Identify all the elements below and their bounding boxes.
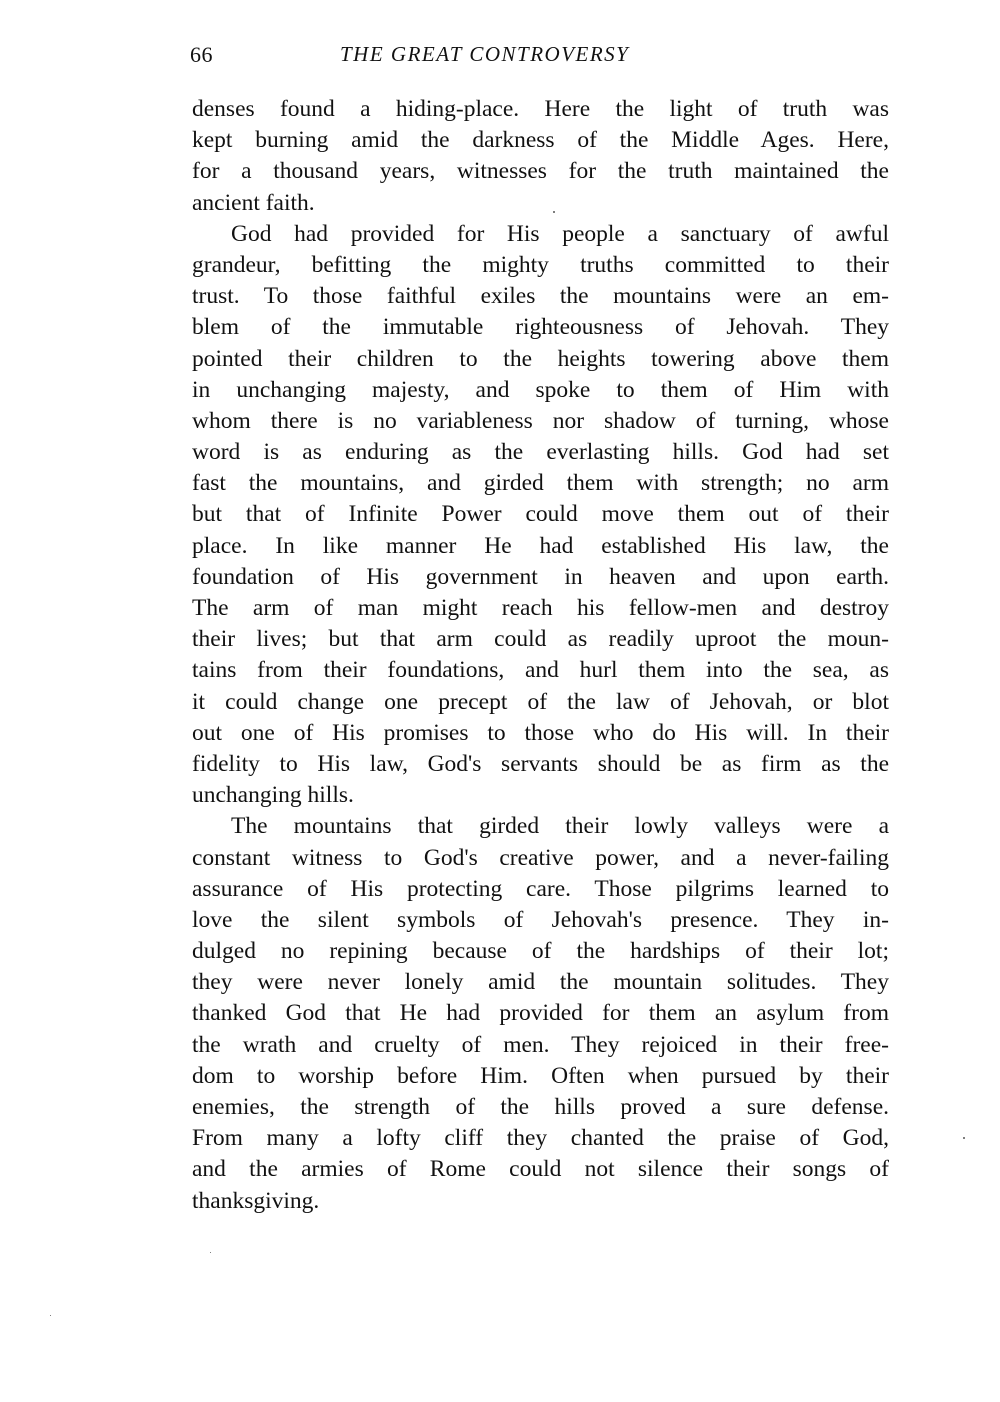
text-line: fidelity to His law, God's servants shou…: [192, 749, 889, 780]
text-line: assurance of His protecting care. Those …: [192, 874, 889, 905]
text-line: constant witness to God's creative power…: [192, 843, 889, 874]
text-line: the wrath and cruelty of men. They rejoi…: [192, 1030, 889, 1061]
text-line: enemies, the strength of the hills prove…: [192, 1092, 889, 1123]
text-line: dom to worship before Him. Often when pu…: [192, 1061, 889, 1092]
text-line: trust. To those faithful exiles the moun…: [192, 281, 889, 312]
paragraph-3: The mountains that girded their lowly va…: [192, 811, 889, 1216]
paragraph-1: denses found a hiding-place. Here the li…: [192, 94, 889, 219]
text-line: they were never lonely amid the mountain…: [192, 967, 889, 998]
text-line: but that of Infinite Power could move th…: [192, 499, 889, 530]
text-line: love the silent symbols of Jehovah's pre…: [192, 905, 889, 936]
text-line: place. In like manner He had established…: [192, 531, 889, 562]
text-line: thanksgiving.: [192, 1186, 889, 1217]
text-line: ancient faith.: [192, 188, 889, 219]
text-line: God had provided for His people a sanctu…: [192, 219, 889, 250]
book-title: THE GREAT CONTROVERSY: [340, 42, 629, 67]
page-number: 66: [190, 42, 213, 68]
text-line: blem of the immutable righteousness of J…: [192, 312, 889, 343]
body-text: denses found a hiding-place. Here the li…: [192, 94, 889, 1217]
text-line: The arm of man might reach his fellow-me…: [192, 593, 889, 624]
text-line: dulged no repining because of the hardsh…: [192, 936, 889, 967]
text-line: thanked God that He had provided for the…: [192, 998, 889, 1029]
text-line: out one of His promises to those who do …: [192, 718, 889, 749]
text-line: and the armies of Rome could not silence…: [192, 1154, 889, 1185]
text-line: pointed their children to the heights to…: [192, 344, 889, 375]
text-line: The mountains that girded their lowly va…: [192, 811, 889, 842]
scan-speck: [50, 1315, 51, 1316]
text-line: it could change one precept of the law o…: [192, 687, 889, 718]
text-line: whom there is no variableness nor shadow…: [192, 406, 889, 437]
scan-speck: [210, 1252, 211, 1253]
text-line: tains from their foundations, and hurl t…: [192, 655, 889, 686]
text-line: fast the mountains, and girded them with…: [192, 468, 889, 499]
text-line: their lives; but that arm could as readi…: [192, 624, 889, 655]
text-line: unchanging hills.: [192, 780, 889, 811]
text-line: grandeur, befitting the mighty truths co…: [192, 250, 889, 281]
text-line: word is as enduring as the everlasting h…: [192, 437, 889, 468]
scan-speck: [963, 1137, 965, 1139]
book-page: 66 THE GREAT CONTROVERSY denses found a …: [0, 0, 1000, 1402]
text-line: for a thousand years, witnesses for the …: [192, 156, 889, 187]
running-head: 66 THE GREAT CONTROVERSY: [190, 42, 890, 72]
paragraph-2: God had provided for His people a sanctu…: [192, 219, 889, 812]
text-line: in unchanging majesty, and spoke to them…: [192, 375, 889, 406]
text-line: kept burning amid the darkness of the Mi…: [192, 125, 889, 156]
text-line: From many a lofty cliff they chanted the…: [192, 1123, 889, 1154]
scan-speck: [553, 211, 555, 213]
text-line: foundation of His government in heaven a…: [192, 562, 889, 593]
text-line: denses found a hiding-place. Here the li…: [192, 94, 889, 125]
